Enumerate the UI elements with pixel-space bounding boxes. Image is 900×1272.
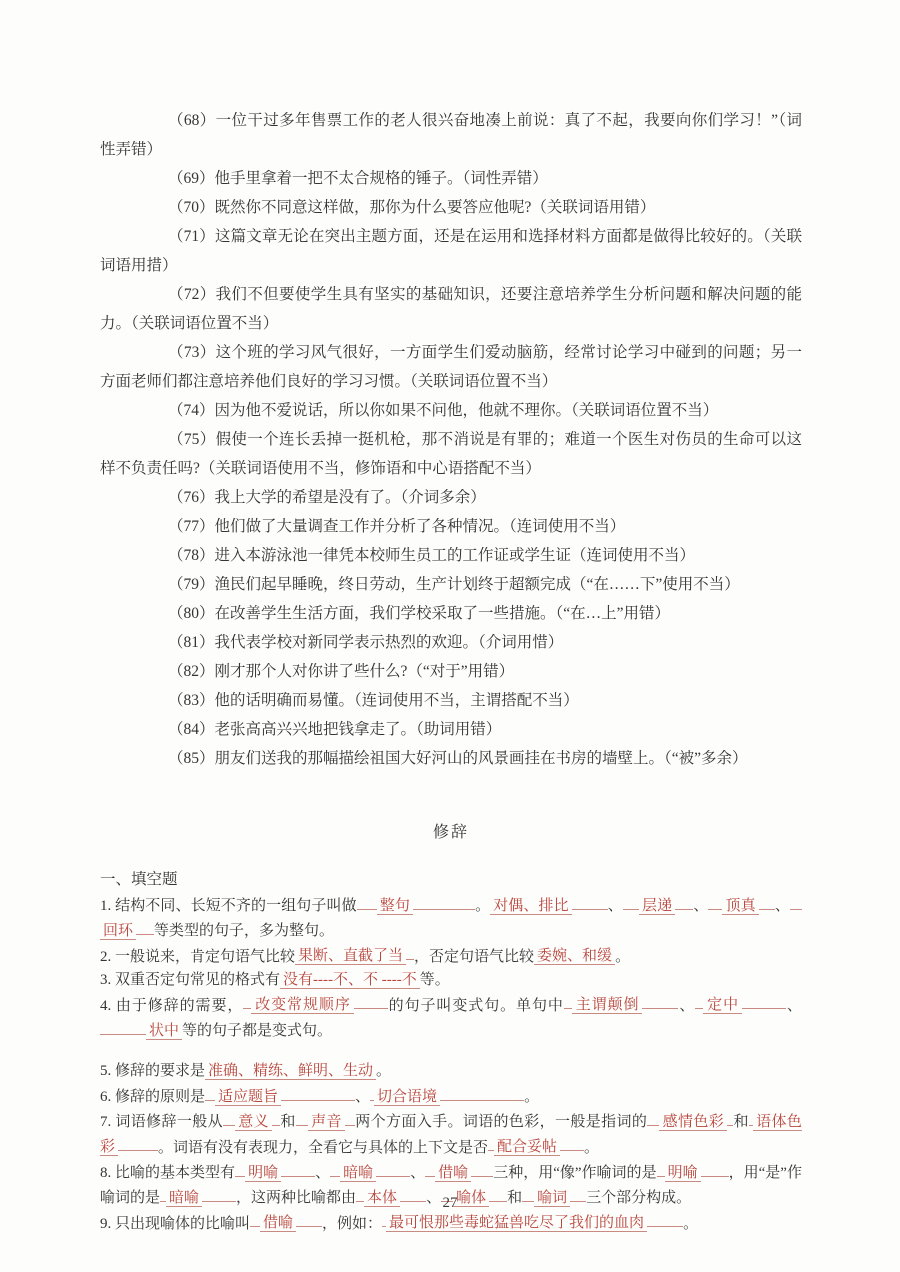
fill-item: 3. 双重否定句常见的格式有没有----不、不 ----不等。 [100, 969, 802, 993]
question-text: 。 [584, 1139, 599, 1155]
question-text: 9. 只出现喻体的比喻叫 [100, 1215, 250, 1231]
question-text: 和 [733, 1114, 749, 1130]
error-sentence: （83）他的话明确而易懂。（连词使用不当，主谓搭配不当） [100, 686, 802, 715]
blank-underline [647, 1211, 683, 1228]
blank-underline [281, 1160, 315, 1177]
error-sentence: （82）刚才那个人对你讲了些什么?（“对于”用错） [100, 657, 802, 686]
subsection-heading: 一、填空题 [100, 867, 802, 889]
question-text: 6. 修辞的原则是 [100, 1089, 205, 1105]
blank-underline [564, 993, 572, 1010]
answer-text: 果断、直截了当 [295, 948, 406, 965]
question-text: 、 [608, 898, 623, 914]
question-text: 、 [355, 1089, 370, 1105]
blank-underline [281, 1084, 355, 1101]
blank-underline [708, 893, 722, 910]
answer-text: 委婉、和缓 [534, 948, 615, 965]
answer-text: 状中 [146, 1023, 182, 1040]
error-sentence: （75）假使一个连长丢掉一挺机枪，那不消说是有罪的；难道一个医生对伤员的生命可以… [100, 425, 802, 483]
question-text: 、 [693, 898, 708, 914]
answer-text: 回环 [100, 923, 136, 940]
answer-text: 意义 [235, 1114, 272, 1131]
blank-underline [136, 918, 154, 935]
error-sentence: （73）这个班的学习风气很好，一方面学生们爱动脑筋，经常讨论学习中碰到的问题；另… [100, 338, 802, 396]
fill-items: 1. 结构不同、长短不齐的一组句子叫做整句。对偶、排比、层递、顶真、回环等类型的… [100, 893, 802, 1236]
blank-underline [742, 993, 786, 1010]
question-text: 4. 由于修辞的需要， [100, 997, 243, 1013]
error-sentence-list: （68）一位干过多年售票工作的老人很兴奋地凑上前说：真了不起，我要向你们学习！”… [100, 106, 802, 773]
question-text: 。 [475, 898, 490, 914]
answer-text: 适应题旨 [215, 1089, 281, 1106]
blank-underline [790, 893, 802, 910]
blank-underline [701, 1160, 729, 1177]
fill-item: 1. 结构不同、长短不齐的一组句子叫做整句。对偶、排比、层递、顶真、回环等类型的… [100, 893, 802, 944]
question-text: 。 [683, 1215, 698, 1231]
fill-item: 9. 只出现喻体的比喻叫借喻，例如：最可恨那些毒蛇猛兽吃尽了我们的血肉。 [100, 1211, 802, 1236]
answer-text: 暗喻 [340, 1165, 376, 1182]
blank-underline [357, 893, 377, 910]
answer-text: 切合语境 [374, 1089, 440, 1106]
answer-text: 准确、精练、鲜明、生动 [205, 1063, 376, 1080]
question-text: 等类型的句子，多为整句。 [154, 923, 334, 939]
question-text: 。 [376, 1063, 391, 1079]
fill-item: 4. 由于修辞的需要，改变常规顺序的句子叫变式句。单句中主谓颠倒、定中、状中等的… [100, 993, 802, 1044]
blank-underline [272, 1109, 280, 1126]
blank-underline [406, 944, 414, 961]
error-sentence: （80）在改善学生生活方面，我们学校采取了一些措施。（“在…上”用错） [100, 599, 802, 628]
error-sentence: （69）他手里拿着一把不太合规格的锤子。（词性弄错） [100, 164, 802, 193]
error-sentence: （84）老张高高兴兴地把钱拿走了。（助词用错） [100, 715, 802, 744]
blank-underline [675, 893, 693, 910]
blank-underline [425, 1160, 435, 1177]
fill-item: 5. 修辞的要求是准确、精练、鲜明、生动。 [100, 1060, 802, 1084]
question-text: 。 [524, 1089, 539, 1105]
answer-text: 明喻 [665, 1165, 701, 1182]
blank-underline [376, 1160, 410, 1177]
question-text: 2. 一般说来，肯定句语气比较 [100, 948, 295, 964]
answer-text: 对偶、排比 [490, 898, 572, 915]
blank-underline [100, 1018, 146, 1035]
error-sentence: （72）我们不但要使学生具有坚实的基础知识，还要注意培养学生分析问题和解决问题的… [100, 280, 802, 338]
error-sentence: （76）我上大学的希望是没有了。（介词多余） [100, 483, 802, 512]
blank-underline [296, 1211, 322, 1228]
question-text: 8. 比喻的基本类型有 [100, 1165, 235, 1181]
blank-underline [657, 1160, 665, 1177]
question-text: 3. 双重否定句常见的格式有 [100, 972, 280, 988]
question-text: ，否定句语气比较 [414, 948, 534, 964]
blank-underline [235, 1160, 245, 1177]
answer-text: 配合妥帖 [494, 1139, 560, 1156]
error-sentence: （85）朋友们送我的那幅描绘祖国大好河山的风景画挂在书房的墙壁上。（“被”多余） [100, 744, 802, 773]
answer-text: 顶真 [722, 898, 758, 915]
document-page: （68）一位干过多年售票工作的老人很兴奋地凑上前说：真了不起，我要向你们学习！”… [0, 0, 900, 1272]
error-sentence: （77）他们做了大量调查工作并分析了各种情况。（连词使用不当） [100, 512, 802, 541]
question-text: 、 [786, 997, 802, 1013]
blank-underline [296, 1109, 308, 1126]
page-number: 27 [0, 1195, 900, 1212]
blank-underline [623, 893, 639, 910]
blank-underline [647, 1109, 659, 1126]
question-text: 。词语有没有表现力，全看它与具体的上下文是否 [158, 1139, 488, 1155]
blank-underline [560, 1135, 584, 1152]
error-sentence: （79）渔民们起早睡晚，终日劳动，生产计划终于超额完成（“在……下”使用不当） [100, 570, 802, 599]
error-sentence: （70）既然你不同意这样做，那你为什么要答应他呢?（关联词语用错） [100, 193, 802, 222]
error-sentence: （74）因为他不爱说话，所以你如果不问他，他就不理你。（关联词语位置不当） [100, 396, 802, 425]
answer-text: 借喻 [435, 1165, 471, 1182]
error-sentence: （78）进入本游泳池一律凭本校师生员工的工作证或学生证（连词使用不当） [100, 541, 802, 570]
fill-item: 2. 一般说来，肯定句语气比较果断、直截了当，否定句语气比较委婉、和缓。 [100, 944, 802, 969]
blank-underline [440, 1084, 524, 1101]
question-text: 7. 词语修辞一般从 [100, 1114, 223, 1130]
answer-text: 没有----不、不 ----不 [280, 972, 420, 989]
blank-underline [330, 1160, 340, 1177]
fill-item: 6. 修辞的原则是适应题旨、切合语境。 [100, 1084, 802, 1109]
question-text: 。 [615, 948, 630, 964]
blank-underline [413, 893, 475, 910]
fill-item: 7. 词语修辞一般从意义和声音两个方面入手。词语的色彩，一般是指词的感情色彩和语… [100, 1109, 802, 1160]
answer-text: 感情色彩 [659, 1114, 727, 1131]
question-text: 5. 修辞的要求是 [100, 1063, 205, 1079]
blank-underline [250, 1211, 260, 1228]
question-text: 、 [410, 1165, 425, 1181]
answer-text: 定中 [703, 997, 742, 1014]
error-sentence: （71）这篇文章无论在突出主题方面，还是在运用和选择材料方面都是做得比较好的。（… [100, 222, 802, 280]
error-sentence: （68）一位干过多年售票工作的老人很兴奋地凑上前说：真了不起，我要向你们学习！”… [100, 106, 802, 164]
blank-underline [345, 1109, 355, 1126]
error-sentence: （81）我代表学校对新同学表示热烈的欢迎。（介词用惜） [100, 628, 802, 657]
question-text: 、 [775, 898, 790, 914]
question-text: 、 [315, 1165, 330, 1181]
question-text: 两个方面入手。词语的色彩，一般是指词的 [355, 1114, 647, 1130]
blank-underline [223, 1109, 235, 1126]
question-text: 等的句子都是变式句。 [182, 1023, 332, 1039]
blank-underline [205, 1084, 215, 1101]
question-text: ，例如： [322, 1215, 382, 1231]
question-text: 、 [678, 997, 695, 1013]
blank-underline [759, 893, 775, 910]
question-text: 1. 结构不同、长短不齐的一组句子叫做 [100, 898, 357, 914]
answer-text: 明喻 [245, 1165, 281, 1182]
answer-text: 整句 [377, 898, 413, 915]
answer-text: 声音 [308, 1114, 345, 1131]
blank-underline [354, 993, 388, 1010]
question-text: 的句子叫变式句。单句中 [388, 997, 564, 1013]
question-text: 三种，用“像”作喻词的是 [493, 1165, 656, 1181]
question-text: 和 [280, 1114, 296, 1130]
answer-text: 最可恨那些毒蛇猛兽吃尽了我们的血肉 [386, 1215, 647, 1232]
blank-underline [118, 1135, 158, 1152]
blank-underline [572, 893, 608, 910]
blank-underline [642, 993, 678, 1010]
question-text: 等。 [420, 972, 450, 988]
answer-text: 改变常规顺序 [251, 997, 353, 1014]
section-title: 修辞 [100, 819, 802, 842]
blank-underline [471, 1160, 493, 1177]
answer-text: 主谓颠倒 [572, 997, 643, 1014]
answer-text: 层递 [639, 898, 675, 915]
answer-text: 借喻 [260, 1215, 296, 1232]
